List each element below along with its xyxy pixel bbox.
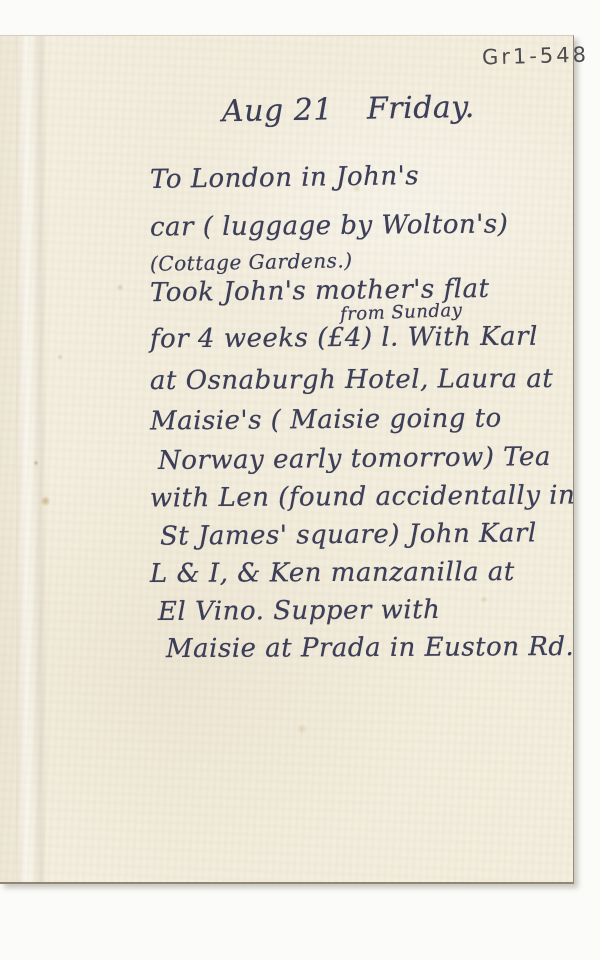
diary-line: L & I, & Ken manzanilla at: [150, 557, 515, 589]
diary-line: with Len (found accidentally in: [150, 481, 576, 514]
photo-background: Gr1-548 Aug 21Friday. To London in John'…: [0, 0, 600, 960]
heading-gap: [333, 119, 367, 120]
diary-line: for 4 weeks (£4) l. With Karl: [150, 322, 538, 355]
diary-line-interlinear-insertion: (Cottage Gardens.): [150, 248, 353, 276]
heading-day: Friday.: [367, 90, 475, 127]
foxing-spot: [33, 460, 39, 466]
catalog-number: Gr1-548: [482, 43, 590, 70]
diary-line: Maisie's ( Maisie going to: [150, 403, 502, 436]
diary-line: St James' square) John Karl: [160, 518, 537, 551]
diary-line: Maisie at Prada in Euston Rd.: [166, 632, 574, 664]
diary-line: at Osnaburgh Hotel, Laura at: [150, 364, 553, 396]
diary-line: car ( luggage by Wolton's): [150, 209, 509, 242]
foxing-spot: [40, 496, 51, 506]
diary-heading: Aug 21Friday.: [222, 90, 475, 129]
foxing-spot: [57, 354, 63, 360]
foxing-spot: [480, 596, 488, 603]
diary-line: El Vino. Supper with: [158, 595, 441, 627]
heading-date: Aug 21: [222, 92, 334, 129]
diary-line: To London in John's: [150, 161, 419, 195]
diary-page: Gr1-548 Aug 21Friday. To London in John'…: [0, 35, 574, 884]
diary-line: Norway early tomorrow) Tea: [158, 442, 551, 476]
page-binding-crease: [16, 36, 46, 882]
foxing-spot: [116, 284, 124, 291]
foxing-spot: [296, 724, 308, 734]
